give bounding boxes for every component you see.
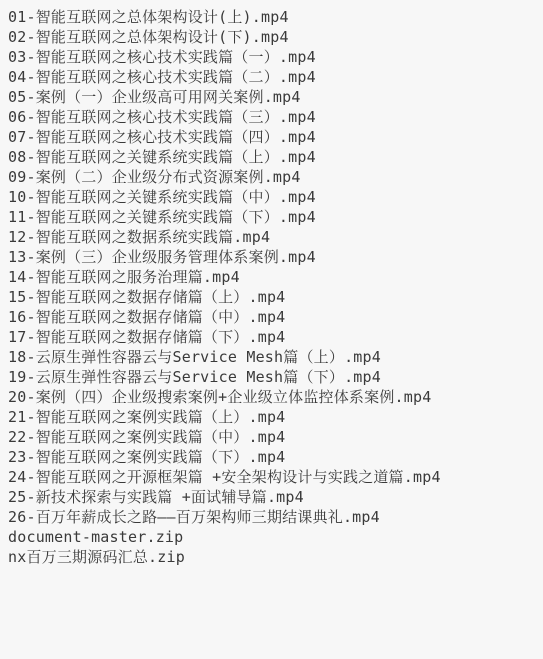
file-name-label: 05-案例（一）企业级高可用网关案例.mp4 [8, 87, 301, 107]
file-row[interactable]: 12-智能互联网之数据系统实践篇.mp4 [8, 227, 537, 247]
file-name-label: 09-案例（二）企业级分布式资源案例.mp4 [8, 167, 301, 187]
file-row[interactable]: 21-智能互联网之案例实践篇（上）.mp4 [8, 407, 537, 427]
file-name-label: 14-智能互联网之服务治理篇.mp4 [8, 267, 240, 287]
file-list: 01-智能互联网之总体架构设计(上).mp402-智能互联网之总体架构设计(下)… [0, 0, 543, 567]
file-name-label: 20-案例（四）企业级搜索案例+企业级立体监控体系案例.mp4 [8, 387, 431, 407]
file-name-label: 24-智能互联网之开源框架篇 +安全架构设计与实践之道篇.mp4 [8, 467, 441, 487]
file-row[interactable]: 04-智能互联网之核心技术实践篇（二）.mp4 [8, 67, 537, 87]
file-row[interactable]: 13-案例（三）企业级服务管理体系案例.mp4 [8, 247, 537, 267]
file-row[interactable]: 05-案例（一）企业级高可用网关案例.mp4 [8, 87, 537, 107]
file-row[interactable]: 06-智能互联网之核心技术实践篇（三）.mp4 [8, 107, 537, 127]
file-row[interactable]: 17-智能互联网之数据存储篇（下）.mp4 [8, 327, 537, 347]
file-name-label: 21-智能互联网之案例实践篇（上）.mp4 [8, 407, 285, 427]
file-name-label: 11-智能互联网之关键系统实践篇（下）.mp4 [8, 207, 316, 227]
file-row[interactable]: 24-智能互联网之开源框架篇 +安全架构设计与实践之道篇.mp4 [8, 467, 537, 487]
file-row[interactable]: nx百万三期源码汇总.zip [8, 547, 537, 567]
file-name-label: document-master.zip [8, 527, 183, 547]
file-row[interactable]: 25-新技术探索与实践篇 +面试辅导篇.mp4 [8, 487, 537, 507]
file-row[interactable]: 10-智能互联网之关键系统实践篇（中）.mp4 [8, 187, 537, 207]
file-row[interactable]: 20-案例（四）企业级搜索案例+企业级立体监控体系案例.mp4 [8, 387, 537, 407]
file-row[interactable]: 07-智能互联网之核心技术实践篇（四）.mp4 [8, 127, 537, 147]
file-row[interactable]: 02-智能互联网之总体架构设计(下).mp4 [8, 27, 537, 47]
file-row[interactable]: document-master.zip [8, 527, 537, 547]
file-name-label: 07-智能互联网之核心技术实践篇（四）.mp4 [8, 127, 316, 147]
file-name-label: 25-新技术探索与实践篇 +面试辅导篇.mp4 [8, 487, 304, 507]
file-row[interactable]: 11-智能互联网之关键系统实践篇（下）.mp4 [8, 207, 537, 227]
file-row[interactable]: 08-智能互联网之关键系统实践篇（上）.mp4 [8, 147, 537, 167]
file-row[interactable]: 26-百万年薪成长之路——百万架构师三期结课典礼.mp4 [8, 507, 537, 527]
file-row[interactable]: 22-智能互联网之案例实践篇（中）.mp4 [8, 427, 537, 447]
file-row[interactable]: 09-案例（二）企业级分布式资源案例.mp4 [8, 167, 537, 187]
file-name-label: 16-智能互联网之数据存储篇（中）.mp4 [8, 307, 285, 327]
file-name-label: 06-智能互联网之核心技术实践篇（三）.mp4 [8, 107, 316, 127]
file-row[interactable]: 03-智能互联网之核心技术实践篇（一）.mp4 [8, 47, 537, 67]
file-name-label: 04-智能互联网之核心技术实践篇（二）.mp4 [8, 67, 316, 87]
file-row[interactable]: 19-云原生弹性容器云与Service Mesh篇（下）.mp4 [8, 367, 537, 387]
file-name-label: 13-案例（三）企业级服务管理体系案例.mp4 [8, 247, 316, 267]
file-name-label: 01-智能互联网之总体架构设计(上).mp4 [8, 7, 289, 27]
file-name-label: 08-智能互联网之关键系统实践篇（上）.mp4 [8, 147, 316, 167]
file-name-label: 03-智能互联网之核心技术实践篇（一）.mp4 [8, 47, 316, 67]
file-name-label: 22-智能互联网之案例实践篇（中）.mp4 [8, 427, 285, 447]
file-name-label: 12-智能互联网之数据系统实践篇.mp4 [8, 227, 270, 247]
file-name-label: 17-智能互联网之数据存储篇（下）.mp4 [8, 327, 285, 347]
file-name-label: 10-智能互联网之关键系统实践篇（中）.mp4 [8, 187, 316, 207]
file-name-label: 02-智能互联网之总体架构设计(下).mp4 [8, 27, 289, 47]
file-row[interactable]: 15-智能互联网之数据存储篇（上）.mp4 [8, 287, 537, 307]
file-name-label: 19-云原生弹性容器云与Service Mesh篇（下）.mp4 [8, 367, 381, 387]
file-name-label: 23-智能互联网之案例实践篇（下）.mp4 [8, 447, 285, 467]
file-row[interactable]: 01-智能互联网之总体架构设计(上).mp4 [8, 7, 537, 27]
file-name-label: 15-智能互联网之数据存储篇（上）.mp4 [8, 287, 285, 307]
file-name-label: nx百万三期源码汇总.zip [8, 547, 185, 567]
file-name-label: 26-百万年薪成长之路——百万架构师三期结课典礼.mp4 [8, 507, 380, 527]
file-row[interactable]: 18-云原生弹性容器云与Service Mesh篇（上）.mp4 [8, 347, 537, 367]
file-name-label: 18-云原生弹性容器云与Service Mesh篇（上）.mp4 [8, 347, 381, 367]
file-row[interactable]: 16-智能互联网之数据存储篇（中）.mp4 [8, 307, 537, 327]
file-row[interactable]: 14-智能互联网之服务治理篇.mp4 [8, 267, 537, 287]
file-row[interactable]: 23-智能互联网之案例实践篇（下）.mp4 [8, 447, 537, 467]
